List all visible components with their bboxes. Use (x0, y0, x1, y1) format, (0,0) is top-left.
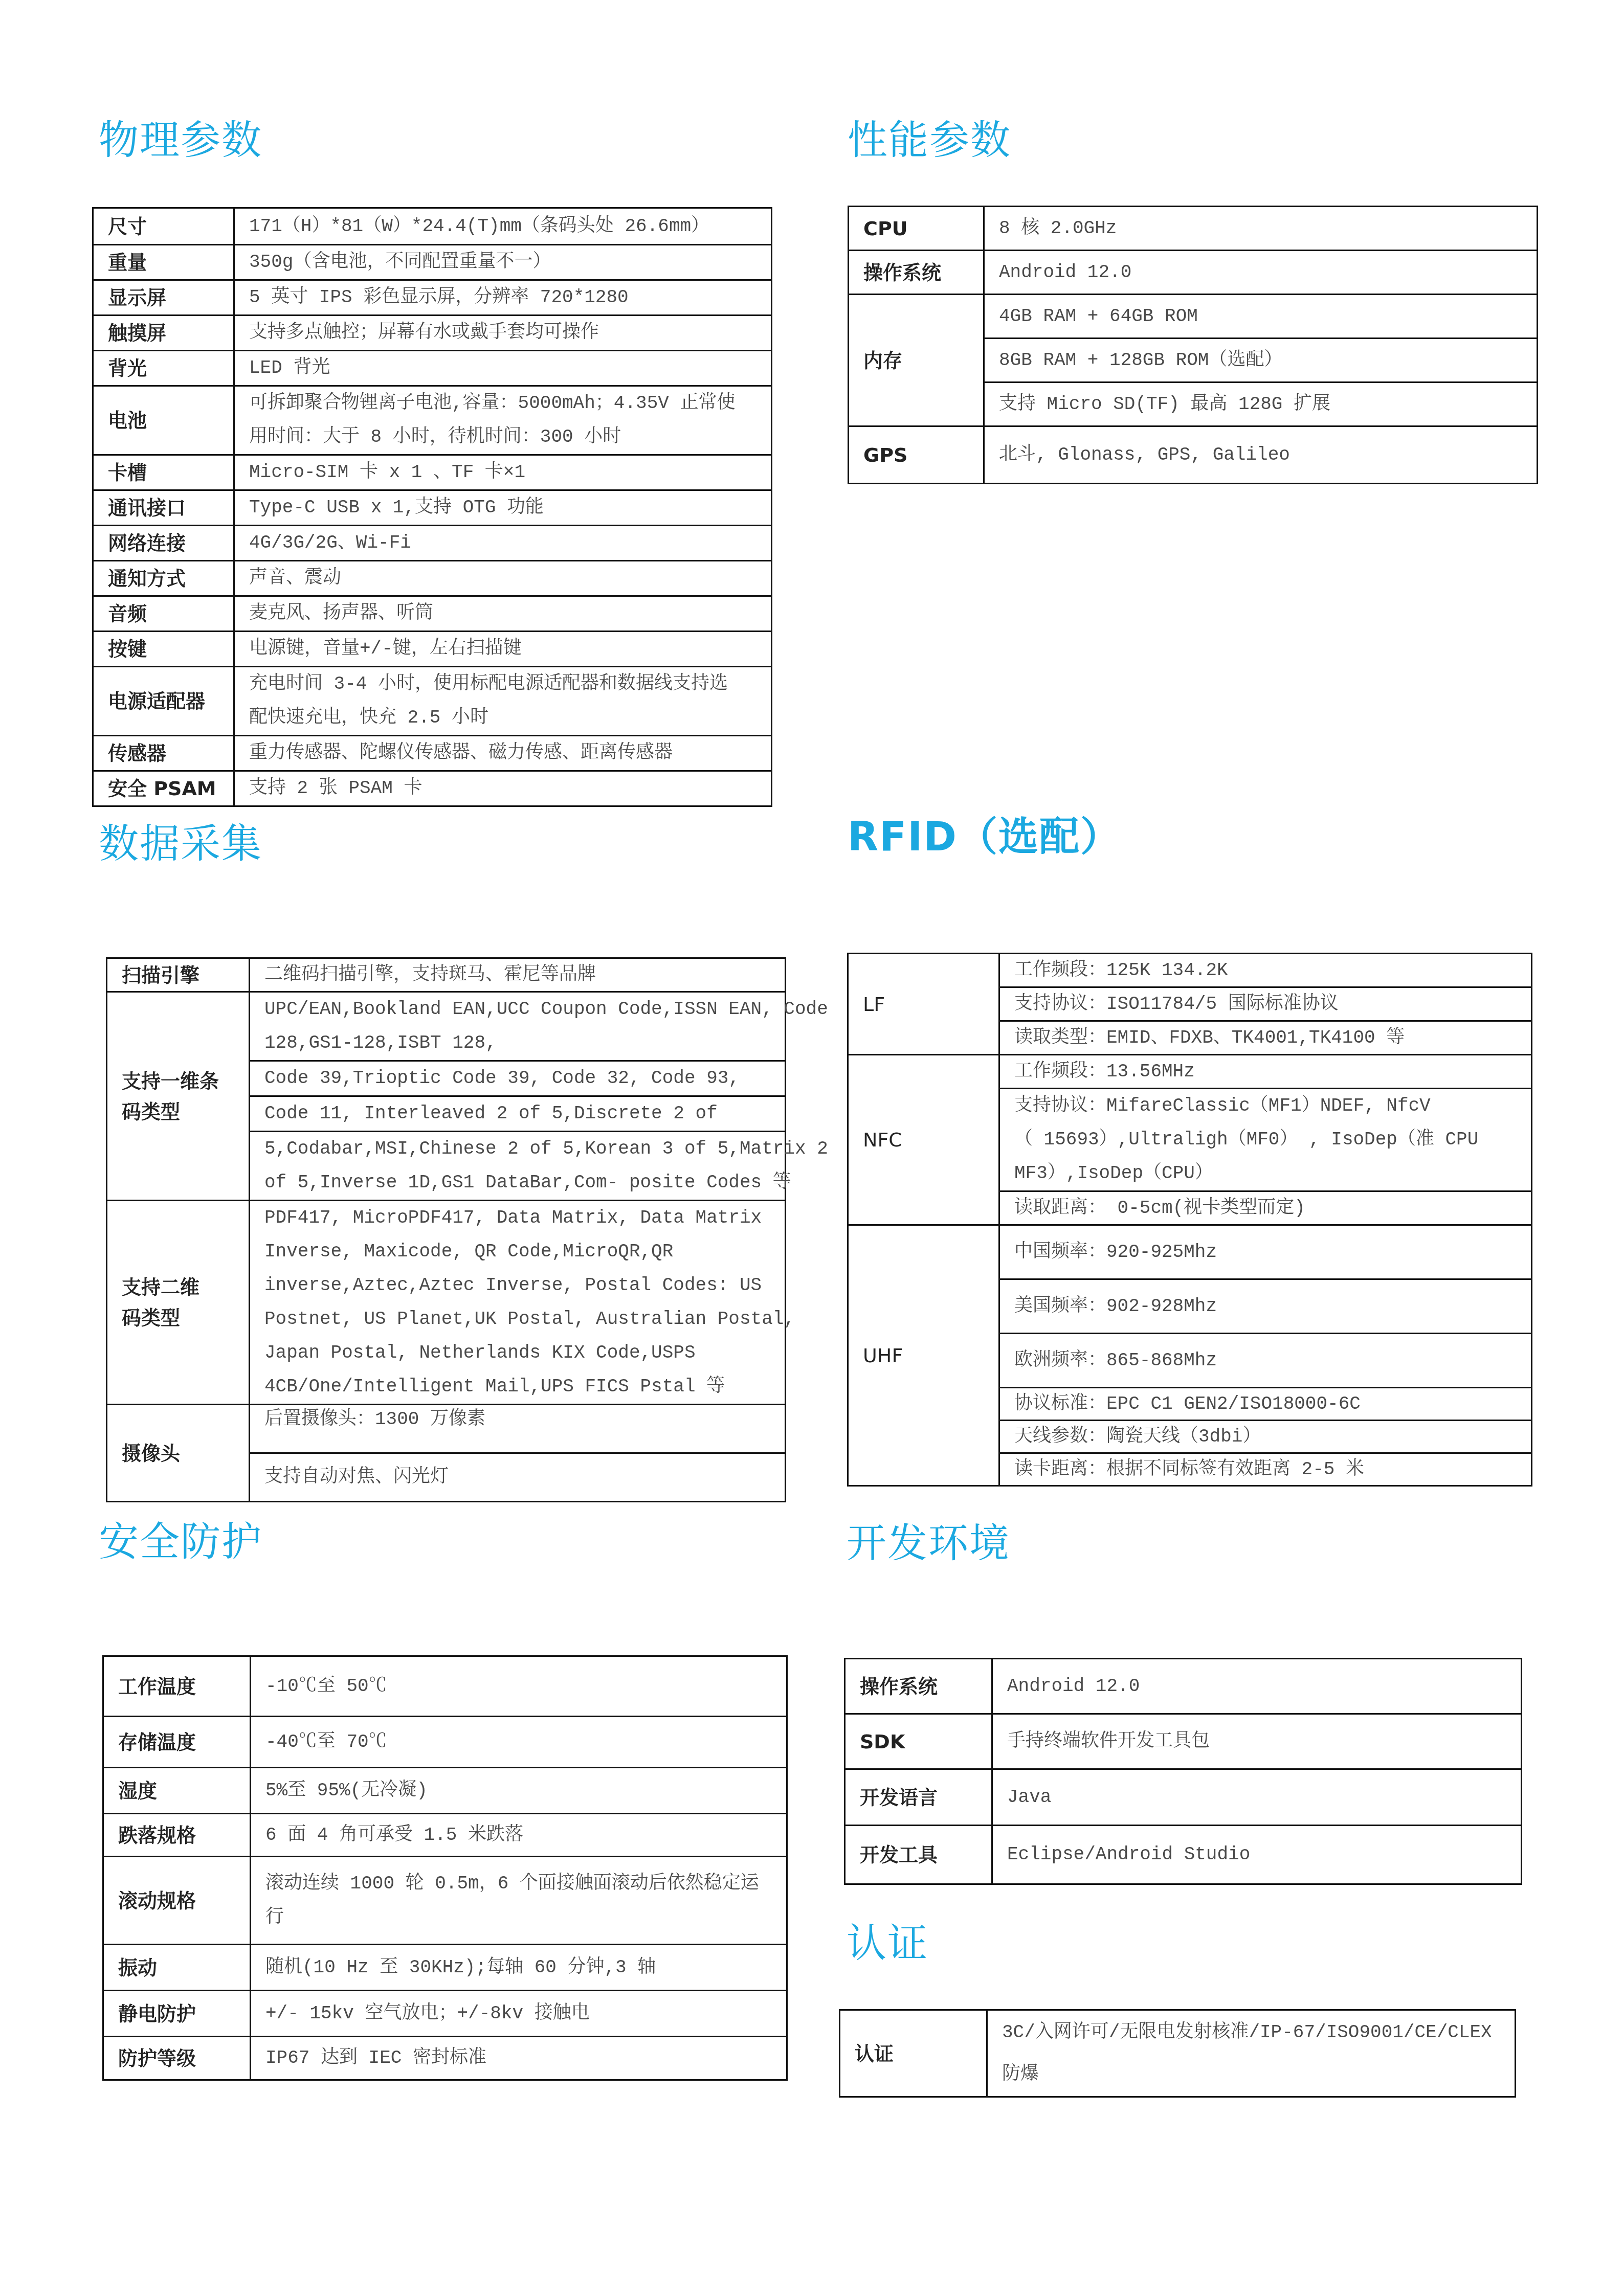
value-line: 充电时间 3-4 小时，使用标配电源适配器和数据线支持选 (249, 667, 757, 701)
spec-row: 音频麦克风、扬声器、听筒 (93, 596, 772, 632)
value-line: 6 面 4 角可承受 1.5 米跌落 (265, 1818, 772, 1852)
value-line: -10℃至 50℃ (265, 1670, 772, 1703)
spec-label: UHF (848, 1225, 999, 1486)
value-line: 4G/3G/2G、Wi-Fi (249, 526, 757, 560)
spec-row: 卡槽Micro-SIM 卡 x 1 、TF 卡×1 (93, 455, 772, 490)
spec-label: 电源适配器 (93, 667, 234, 736)
spec-value: Android 12.0 (992, 1659, 1522, 1714)
spec-label: SDK (845, 1714, 992, 1769)
spec-label: 振动 (103, 1945, 251, 1991)
spec-label: 防护等级 (103, 2037, 251, 2080)
spec-row: 静电防护+/- 15kv 空气放电；+/-8kv 接触电 (103, 1991, 787, 2037)
spec-value: 支持多点触控；屏幕有水或戴手套均可操作 (234, 316, 772, 351)
data-capture-spec-table: 扫描引擎 二维码扫描引擎，支持斑马、霍尼等品牌 支持一维条 码类型 UPC/EA… (106, 957, 786, 1502)
value-line: 171（H）*81（W）*24.4(T)mm（条码头处 26.6mm） (249, 210, 757, 243)
spec-row: 开发工具Eclipse/Android Studio (845, 1826, 1522, 1884)
spec-row: 尺寸171（H）*81（W）*24.4(T)mm（条码头处 26.6mm） (93, 208, 772, 245)
rfid-row-lf-1: LF 工作频段：125K 134.2K (848, 954, 1532, 987)
spec-row-memory: 内存 4GB RAM + 64GB ROM (849, 295, 1538, 339)
value-line: UPC/EAN,Bookland EAN,UCC Coupon Code,ISS… (264, 993, 770, 1026)
spec-value: 5%至 95%(无冷凝) (251, 1768, 787, 1814)
value-line: inverse,Aztec,Aztec Inverse, Postal Code… (264, 1269, 770, 1302)
spec-label: CPU (849, 207, 984, 251)
spec-value: 5 英寸 IPS 彩色显示屏，分辨率 720*1280 (234, 280, 772, 316)
certification-spec-table: 认证 3C/入网许可/无限电发射核准/IP-67/ISO9001/CE/CLEX… (839, 2009, 1516, 2098)
spec-value: 读卡距离：根据不同标签有效距离 2-5 米 (999, 1453, 1532, 1486)
spec-label: 开发工具 (845, 1826, 992, 1884)
spec-label: 重量 (93, 245, 234, 280)
spec-row: 开发语言Java (845, 1769, 1522, 1826)
value-line: Code 11, Interleaved 2 of 5,Discrete 2 o… (264, 1097, 770, 1131)
section-title-dev-env: 开发环境 (847, 1524, 1010, 1564)
spec-value: 美国频率：902-928Mhz (999, 1279, 1532, 1334)
spec-row: 存储温度-40℃至 70℃ (103, 1717, 787, 1768)
value-line: LED 背光 (249, 351, 757, 385)
spec-row: 湿度5%至 95%(无冷凝) (103, 1768, 787, 1814)
spec-row: 通讯接口Type-C USB x 1,支持 OTG 功能 (93, 490, 772, 526)
spec-label: 工作温度 (103, 1656, 251, 1717)
spec-value: 8 核 2.0GHz (984, 207, 1538, 251)
spec-row: 电源适配器充电时间 3-4 小时，使用标配电源适配器和数据线支持选配快速充电，快… (93, 667, 772, 736)
value-line: MF3）,IsoDep（CPU） (1014, 1157, 1517, 1190)
spec-value: 充电时间 3-4 小时，使用标配电源适配器和数据线支持选配快速充电，快充 2.5… (234, 667, 772, 736)
rfid-row-nfc-1: NFC 工作频段：13.56MHz (848, 1055, 1532, 1089)
spec-value: 支持自动对焦、闪光灯 (250, 1453, 786, 1502)
spec-row: 防护等级IP67 达到 IEC 密封标准 (103, 2037, 787, 2080)
value-line: 用时间：大于 8 小时，待机时间：300 小时 (249, 420, 757, 454)
label-line: 支持一维条 (122, 1066, 234, 1096)
safety-spec-table: 工作温度-10℃至 50℃存储温度-40℃至 70℃湿度5%至 95%(无冷凝)… (102, 1655, 788, 2081)
value-line: 声音、震动 (249, 561, 757, 595)
spec-value: 4GB RAM + 64GB ROM (984, 295, 1538, 339)
value-line: 350g（含电池，不同配置重量不一） (249, 245, 757, 279)
spec-row: 传感器重力传感器、陀螺仪传感器、磁力传感、距离传感器 (93, 736, 772, 771)
spec-row-1d: 支持一维条 码类型 UPC/EAN,Bookland EAN,UCC Coupo… (107, 992, 786, 1061)
spec-row: 显示屏5 英寸 IPS 彩色显示屏，分辨率 720*1280 (93, 280, 772, 316)
label-line: 码类型 (122, 1096, 234, 1127)
spec-value: 麦克风、扬声器、听筒 (234, 596, 772, 632)
spec-label: 安全 PSAM (93, 771, 234, 806)
value-line: 5 英寸 IPS 彩色显示屏，分辨率 720*1280 (249, 281, 757, 314)
spec-row: 滚动规格滚动连续 1000 轮 0.5m，6 个面接触面滚动后依然稳定运行 (103, 1857, 787, 1945)
spec-row: 安全 PSAM支持 2 张 PSAM 卡 (93, 771, 772, 806)
spec-value: -40℃至 70℃ (251, 1717, 787, 1768)
rfid-spec-table: LF 工作频段：125K 134.2K 支持协议：ISO11784/5 国际标准… (847, 953, 1532, 1487)
value-line: 手持终端软件开发工具包 (1007, 1725, 1506, 1759)
spec-value: Java (992, 1769, 1522, 1826)
spec-label: 显示屏 (93, 280, 234, 316)
spec-value: 工作频段：13.56MHz (999, 1055, 1532, 1089)
section-title-rfid: RFID（选配） (848, 817, 1121, 857)
spec-value: -10℃至 50℃ (251, 1656, 787, 1717)
spec-row-2d: 支持二维 码类型 PDF417, MicroPDF417, Data Matri… (107, 1201, 786, 1405)
value-line: +/- 15kv 空气放电；+/-8kv 接触电 (265, 1997, 772, 2031)
spec-row: 工作温度-10℃至 50℃ (103, 1656, 787, 1717)
spec-label: 内存 (849, 295, 984, 426)
spec-value: 读取距离： 0-5cm(视卡类型而定) (999, 1191, 1532, 1225)
spec-label: 湿度 (103, 1768, 251, 1814)
section-title-safety: 安全防护 (99, 1522, 262, 1562)
value-line: -40℃至 70℃ (265, 1725, 772, 1759)
spec-value: UPC/EAN,Bookland EAN,UCC Coupon Code,ISS… (250, 992, 786, 1061)
spec-label: 传感器 (93, 736, 234, 771)
spec-value: 3C/入网许可/无限电发射核准/IP-67/ISO9001/CE/CLEX 防爆 (987, 2010, 1516, 2097)
spec-value: 171（H）*81（W）*24.4(T)mm（条码头处 26.6mm） (234, 208, 772, 245)
spec-value: LED 背光 (234, 351, 772, 386)
value-line: Type-C USB x 1,支持 OTG 功能 (249, 491, 757, 525)
value-line: 滚动连续 1000 轮 0.5m，6 个面接触面滚动后依然稳定运 (265, 1867, 772, 1901)
spec-value: Android 12.0 (984, 251, 1538, 295)
value-line: Japan Postal, Netherlands KIX Code,USPS (264, 1336, 770, 1370)
spec-row: 重量350g（含电池，不同配置重量不一） (93, 245, 772, 280)
value-line: IP67 达到 IEC 密封标准 (265, 2041, 772, 2075)
spec-row: 振动随机(10 Hz 至 30KHz);每轴 60 分钟,3 轴 (103, 1945, 787, 1991)
spec-label: 按键 (93, 632, 234, 667)
value-line: 支持 2 张 PSAM 卡 (249, 772, 757, 805)
value-line: 5,Codabar,MSI,Chinese 2 of 5,Korean 3 of… (264, 1132, 770, 1166)
value-line: Code 39,Trioptic Code 39, Code 32, Code … (264, 1062, 770, 1095)
spec-value: 支持协议：MifareClassic（MF1）NDEF, NfcV （ 1569… (999, 1089, 1532, 1191)
spec-label: 静电防护 (103, 1991, 251, 2037)
spec-label: 网络连接 (93, 526, 234, 561)
spec-value: Type-C USB x 1,支持 OTG 功能 (234, 490, 772, 526)
spec-label: 支持一维条 码类型 (107, 992, 250, 1201)
value-line: Postnet, US Planet,UK Postal, Australian… (264, 1302, 770, 1336)
spec-label: 通知方式 (93, 561, 234, 596)
spec-value: 支持 2 张 PSAM 卡 (234, 771, 772, 806)
spec-row: 通知方式声音、震动 (93, 561, 772, 596)
spec-label: 卡槽 (93, 455, 234, 490)
spec-value: 重力传感器、陀螺仪传感器、磁力传感、距离传感器 (234, 736, 772, 771)
value-line: 5%至 95%(无冷凝) (265, 1774, 772, 1808)
value-line: PDF417, MicroPDF417, Data Matrix, Data M… (264, 1201, 770, 1235)
spec-value: 5,Codabar,MSI,Chinese 2 of 5,Korean 3 of… (250, 1132, 786, 1201)
value-line: 麦克风、扬声器、听筒 (249, 597, 757, 631)
spec-row-camera: 摄像头 后置摄像头：1300 万像素 (107, 1405, 786, 1453)
spec-value: PDF417, MicroPDF417, Data Matrix, Data M… (250, 1201, 786, 1405)
value-line: （ 15693）,Ultraligh（MF0） , IsoDep（准 CPU (1014, 1123, 1517, 1157)
spec-label: 电池 (93, 386, 234, 455)
spec-label: 支持二维 码类型 (107, 1201, 250, 1405)
spec-value: 随机(10 Hz 至 30KHz);每轴 60 分钟,3 轴 (251, 1945, 787, 1991)
spec-label: 背光 (93, 351, 234, 386)
spec-value: 中国频率：920-925Mhz (999, 1225, 1532, 1279)
spec-value: 6 面 4 角可承受 1.5 米跌落 (251, 1814, 787, 1857)
value-line: Inverse, Maxicode, QR Code,MicroQR,QR (264, 1235, 770, 1269)
spec-value: Code 11, Interleaved 2 of 5,Discrete 2 o… (250, 1096, 786, 1132)
label-line: 码类型 (122, 1302, 234, 1333)
value-line: 配快速充电，快充 2.5 小时 (249, 701, 757, 735)
section-title-data-capture: 数据采集 (99, 824, 262, 864)
value-line: 防爆 (1002, 2054, 1500, 2096)
spec-value: IP67 达到 IEC 密封标准 (251, 2037, 787, 2080)
section-title-performance: 性能参数 (848, 121, 1011, 161)
spec-value: 350g（含电池，不同配置重量不一） (234, 245, 772, 280)
spec-value: 读取类型：EMID、FDXB、TK4001,TK4100 等 (999, 1021, 1532, 1055)
spec-value: 支持协议：ISO11784/5 国际标准协议 (999, 987, 1532, 1021)
value-line: 3C/入网许可/无限电发射核准/IP-67/ISO9001/CE/CLEX (1002, 2012, 1500, 2054)
value-line: 支持多点触控；屏幕有水或戴手套均可操作 (249, 316, 757, 350)
spec-label: 通讯接口 (93, 490, 234, 526)
dev-env-spec-table: 操作系统Android 12.0SDK手持终端软件开发工具包开发语言Java开发… (844, 1658, 1522, 1885)
spec-label: 音频 (93, 596, 234, 632)
spec-label: 跌落规格 (103, 1814, 251, 1857)
spec-row: 触摸屏支持多点触控；屏幕有水或戴手套均可操作 (93, 316, 772, 351)
spec-value: 手持终端软件开发工具包 (992, 1714, 1522, 1769)
value-line: 重力传感器、陀螺仪传感器、磁力传感、距离传感器 (249, 736, 757, 770)
spec-row-cpu: CPU 8 核 2.0GHz (849, 207, 1538, 251)
spec-row-gps: GPS 北斗, Glonass, GPS, Galileo (849, 426, 1538, 484)
spec-value: 欧洲频率：865-868Mhz (999, 1334, 1532, 1388)
value-line: 128,GS1-128,ISBT 128, (264, 1026, 770, 1060)
spec-row: 按键电源键，音量+/-键，左右扫描键 (93, 632, 772, 667)
spec-value: 8GB RAM + 128GB ROM（选配） (984, 339, 1538, 382)
spec-row-scan-engine: 扫描引擎 二维码扫描引擎，支持斑马、霍尼等品牌 (107, 958, 786, 992)
spec-value: 二维码扫描引擎，支持斑马、霍尼等品牌 (250, 958, 786, 992)
spec-label: NFC (848, 1055, 999, 1225)
spec-row: 网络连接4G/3G/2G、Wi-Fi (93, 526, 772, 561)
spec-row-certification: 认证 3C/入网许可/无限电发射核准/IP-67/ISO9001/CE/CLEX… (840, 2010, 1516, 2097)
spec-label: 摄像头 (107, 1405, 250, 1502)
spec-value: 可拆卸聚合物锂离子电池,容量：5000mAh；4.35V 正常使用时间：大于 8… (234, 386, 772, 455)
value-line: 电源键，音量+/-键，左右扫描键 (249, 632, 757, 666)
spec-value: 4G/3G/2G、Wi-Fi (234, 526, 772, 561)
performance-spec-table: CPU 8 核 2.0GHz 操作系统 Android 12.0 内存 4GB … (848, 206, 1538, 484)
spec-label: 触摸屏 (93, 316, 234, 351)
value-line: 可拆卸聚合物锂离子电池,容量：5000mAh；4.35V 正常使 (249, 387, 757, 420)
rfid-row-uhf-1: UHF 中国频率：920-925Mhz (848, 1225, 1532, 1279)
value-line: of 5,Inverse 1D,GS1 DataBar,Com- posite … (264, 1166, 770, 1200)
spec-label: LF (848, 954, 999, 1055)
value-line: 随机(10 Hz 至 30KHz);每轴 60 分钟,3 轴 (265, 1951, 772, 1985)
spec-row: 电池可拆卸聚合物锂离子电池,容量：5000mAh；4.35V 正常使用时间：大于… (93, 386, 772, 455)
spec-value: 工作频段：125K 134.2K (999, 954, 1532, 987)
spec-value: 滚动连续 1000 轮 0.5m，6 个面接触面滚动后依然稳定运行 (251, 1857, 787, 1945)
value-line: 行 (265, 1901, 772, 1934)
section-title-physical: 物理参数 (99, 121, 262, 161)
value-line: Eclipse/Android Studio (1007, 1838, 1506, 1872)
spec-label: 存储温度 (103, 1717, 251, 1768)
spec-value: 协议标准：EPC C1 GEN2/ISO18000-6C (999, 1388, 1532, 1421)
value-line: 4CB/One/Intelligent Mail,UPS FICS Pstal … (264, 1370, 770, 1404)
spec-value: 电源键，音量+/-键，左右扫描键 (234, 632, 772, 667)
value-line: Java (1007, 1781, 1506, 1814)
value-line: Android 12.0 (1007, 1670, 1506, 1703)
spec-value: Eclipse/Android Studio (992, 1826, 1522, 1884)
spec-label: 尺寸 (93, 208, 234, 245)
spec-row-os: 操作系统 Android 12.0 (849, 251, 1538, 295)
spec-row: SDK手持终端软件开发工具包 (845, 1714, 1522, 1769)
spec-value: Micro-SIM 卡 x 1 、TF 卡×1 (234, 455, 772, 490)
spec-label: 扫描引擎 (107, 958, 250, 992)
label-line: 支持二维 (122, 1272, 234, 1302)
spec-value: Code 39,Trioptic Code 39, Code 32, Code … (250, 1061, 786, 1096)
spec-value: 支持 Micro SD(TF) 最高 128G 扩展 (984, 382, 1538, 426)
spec-value: 天线参数：陶瓷天线（3dbi） (999, 1421, 1532, 1453)
spec-label: 操作系统 (849, 251, 984, 295)
spec-row: 操作系统Android 12.0 (845, 1659, 1522, 1714)
spec-label: 操作系统 (845, 1659, 992, 1714)
spec-label: 开发语言 (845, 1769, 992, 1826)
value-line: Micro-SIM 卡 x 1 、TF 卡×1 (249, 456, 757, 489)
spec-value: 北斗, Glonass, GPS, Galileo (984, 426, 1538, 484)
spec-label: GPS (849, 426, 984, 484)
spec-value: 后置摄像头：1300 万像素 (250, 1405, 786, 1453)
spec-row: 跌落规格6 面 4 角可承受 1.5 米跌落 (103, 1814, 787, 1857)
physical-spec-table: 尺寸171（H）*81（W）*24.4(T)mm（条码头处 26.6mm）重量3… (92, 207, 772, 807)
spec-label: 滚动规格 (103, 1857, 251, 1945)
spec-value: +/- 15kv 空气放电；+/-8kv 接触电 (251, 1991, 787, 2037)
spec-label: 认证 (840, 2010, 987, 2097)
value-line: 支持协议：MifareClassic（MF1）NDEF, NfcV (1014, 1089, 1517, 1123)
section-title-certification: 认证 (847, 1924, 928, 1964)
spec-row: 背光LED 背光 (93, 351, 772, 386)
spec-value: 声音、震动 (234, 561, 772, 596)
